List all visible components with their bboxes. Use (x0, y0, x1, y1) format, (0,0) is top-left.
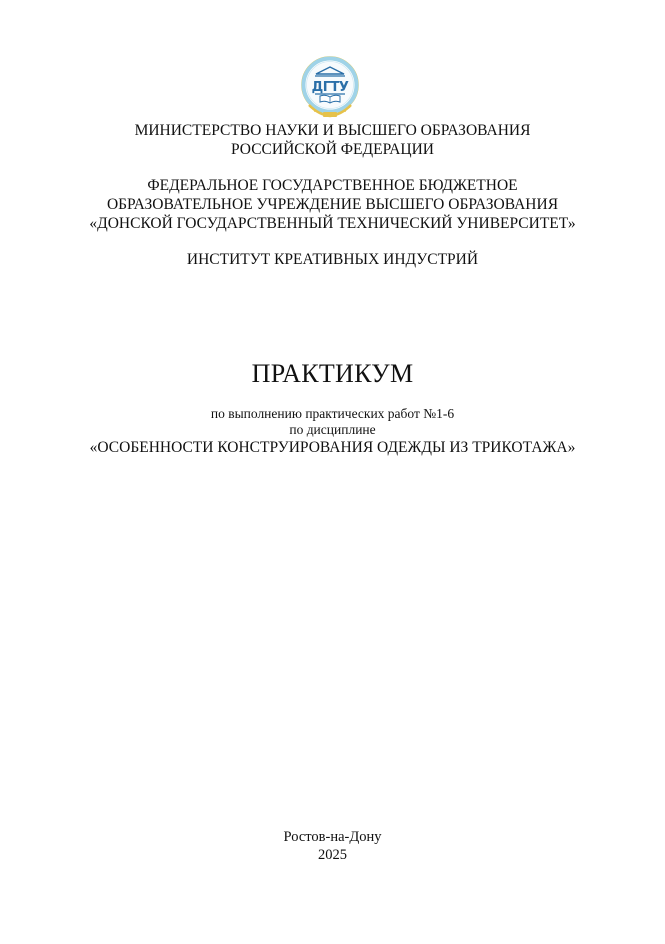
title-page: ДГТУ МИНИСТЕРСТВО НАУКИ И ВЫСШЕГО ОБРАЗО… (0, 0, 665, 944)
institution-line: ОБРАЗОВАТЕЛЬНОЕ УЧРЕЖДЕНИЕ ВЫСШЕГО ОБРАЗ… (0, 195, 665, 214)
university-emblem-icon: ДГТУ (299, 55, 361, 121)
subtitle-line: по выполнению практических работ №1-6 (0, 406, 665, 422)
ministry-heading: МИНИСТЕРСТВО НАУКИ И ВЫСШЕГО ОБРАЗОВАНИЯ… (0, 121, 665, 159)
institution-heading: ФЕДЕРАЛЬНОЕ ГОСУДАРСТВЕННОЕ БЮДЖЕТНОЕ ОБ… (0, 176, 665, 233)
imprint: Ростов-на-Дону 2025 (0, 828, 665, 864)
subtitle-line: по дисциплине (0, 422, 665, 438)
document-subtitle: по выполнению практических работ №1-6 по… (0, 406, 665, 457)
ministry-line: РОССИЙСКОЙ ФЕДЕРАЦИИ (0, 140, 665, 159)
discipline-name: «ОСОБЕННОСТИ КОНСТРУИРОВАНИЯ ОДЕЖДЫ ИЗ Т… (0, 438, 665, 457)
year: 2025 (0, 846, 665, 864)
ministry-line: МИНИСТЕРСТВО НАУКИ И ВЫСШЕГО ОБРАЗОВАНИЯ (0, 121, 665, 140)
document-title: ПРАКТИКУМ (0, 359, 665, 389)
institute-heading: ИНСТИТУТ КРЕАТИВНЫХ ИНДУСТРИЙ (0, 250, 665, 269)
institute-name: ИНСТИТУТ КРЕАТИВНЫХ ИНДУСТРИЙ (0, 250, 665, 269)
svg-text:ДГТУ: ДГТУ (312, 80, 349, 95)
institution-line: ФЕДЕРАЛЬНОЕ ГОСУДАРСТВЕННОЕ БЮДЖЕТНОЕ (0, 176, 665, 195)
institution-line: «ДОНСКОЙ ГОСУДАРСТВЕННЫЙ ТЕХНИЧЕСКИЙ УНИ… (0, 214, 665, 233)
city: Ростов-на-Дону (0, 828, 665, 846)
